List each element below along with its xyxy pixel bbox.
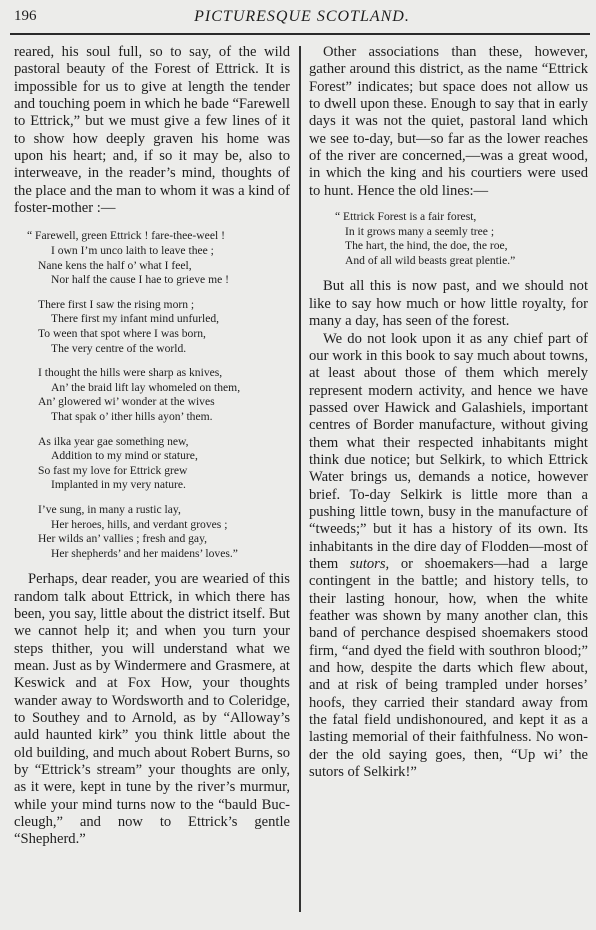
poem-line: Implanted in my very nature. [14, 478, 290, 493]
running-title: PICTURESQUE SCOTLAND. [14, 8, 590, 26]
italic-sutors: sutors, [350, 556, 389, 572]
selkirk-text-1: We do not look upon it as any chief part… [309, 331, 588, 572]
poem-stanza: “ Farewell, green Ettrick ! fare-thee-we… [14, 229, 290, 287]
poem-line: “ Farewell, green Ettrick ! fare-thee-we… [14, 229, 290, 244]
poem-stanza: I’ve sung, in many a rustic lay, Her her… [14, 503, 290, 561]
paragraph-all-this-past: But all this is now past, and we should … [309, 278, 588, 330]
poem-line: As ilka year gae something new, [14, 435, 290, 450]
book-page: 196 PICTURESQUE SCOTLAND. reared, his so… [0, 0, 596, 930]
poem-line: Her heroes, hills, and verdant groves ; [14, 518, 290, 533]
selkirk-text-2: or shoemakers—had a large contingent in … [309, 556, 588, 780]
poem-stanza: I thought the hills were sharp as knives… [14, 366, 290, 424]
header-rule [10, 33, 590, 35]
poem-line: An’ glowered wi’ wonder at the wives [14, 395, 290, 410]
poem-line: Nane kens the half o’ what I feel, [14, 259, 290, 274]
poem-ettrick-forest: “ Ettrick Forest is a fair forest, In it… [309, 210, 588, 268]
poem-line: The hart, the hind, the doe, the roe, [309, 239, 588, 254]
poem-line: To ween that spot where I was born, [14, 327, 290, 342]
left-column: reared, his soul full, so to say, of the… [14, 44, 290, 849]
poem-farewell-to-ettrick: “ Farewell, green Ettrick ! fare-thee-we… [14, 229, 290, 561]
paragraph-perhaps: Perhaps, dear reader, you are wearied of… [14, 571, 290, 849]
right-column: Other associations than these, however, … [309, 44, 588, 781]
poem-line: There first my infant mind unfurled, [14, 312, 290, 327]
poem-line: And of all wild beasts great plentie.” [309, 254, 588, 269]
poem-line: In it grows many a seemly tree ; [309, 225, 588, 240]
poem-line: “ Ettrick Forest is a fair forest, [309, 210, 588, 225]
page-header: 196 PICTURESQUE SCOTLAND. [14, 4, 590, 34]
poem-line: There first I saw the rising morn ; [14, 298, 290, 313]
poem-line: Her wilds an’ vallies ; fresh and gay, [14, 532, 290, 547]
paragraph-other-associations: Other associations than these, however, … [309, 44, 588, 200]
poem-line: Nor half the cause I hae to grieve me ! [14, 273, 290, 288]
poem-line: So fast my love for Ettrick grew [14, 464, 290, 479]
poem-line: I thought the hills were sharp as knives… [14, 366, 290, 381]
poem-stanza: There first I saw the rising morn ; Ther… [14, 298, 290, 356]
poem-line: I’ve sung, in many a rustic lay, [14, 503, 290, 518]
poem-line: I own I’m unco laith to leave thee ; [14, 244, 290, 259]
poem-line: Her shepherds’ and her maidens’ loves.” [14, 547, 290, 562]
paragraph-reared: reared, his soul full, so to say, of the… [14, 44, 290, 217]
paragraph-selkirk: We do not look upon it as any chief part… [309, 331, 588, 782]
poem-line: Addition to my mind or stature, [14, 449, 290, 464]
poem-stanza: As ilka year gae something new, Addition… [14, 435, 290, 493]
poem-line: That spak o’ ither hills ayon’ them. [14, 410, 290, 425]
column-divider [299, 46, 301, 912]
poem-line: An’ the braid lift lay whomeled on them, [14, 381, 290, 396]
poem-line: The very centre of the world. [14, 342, 290, 357]
